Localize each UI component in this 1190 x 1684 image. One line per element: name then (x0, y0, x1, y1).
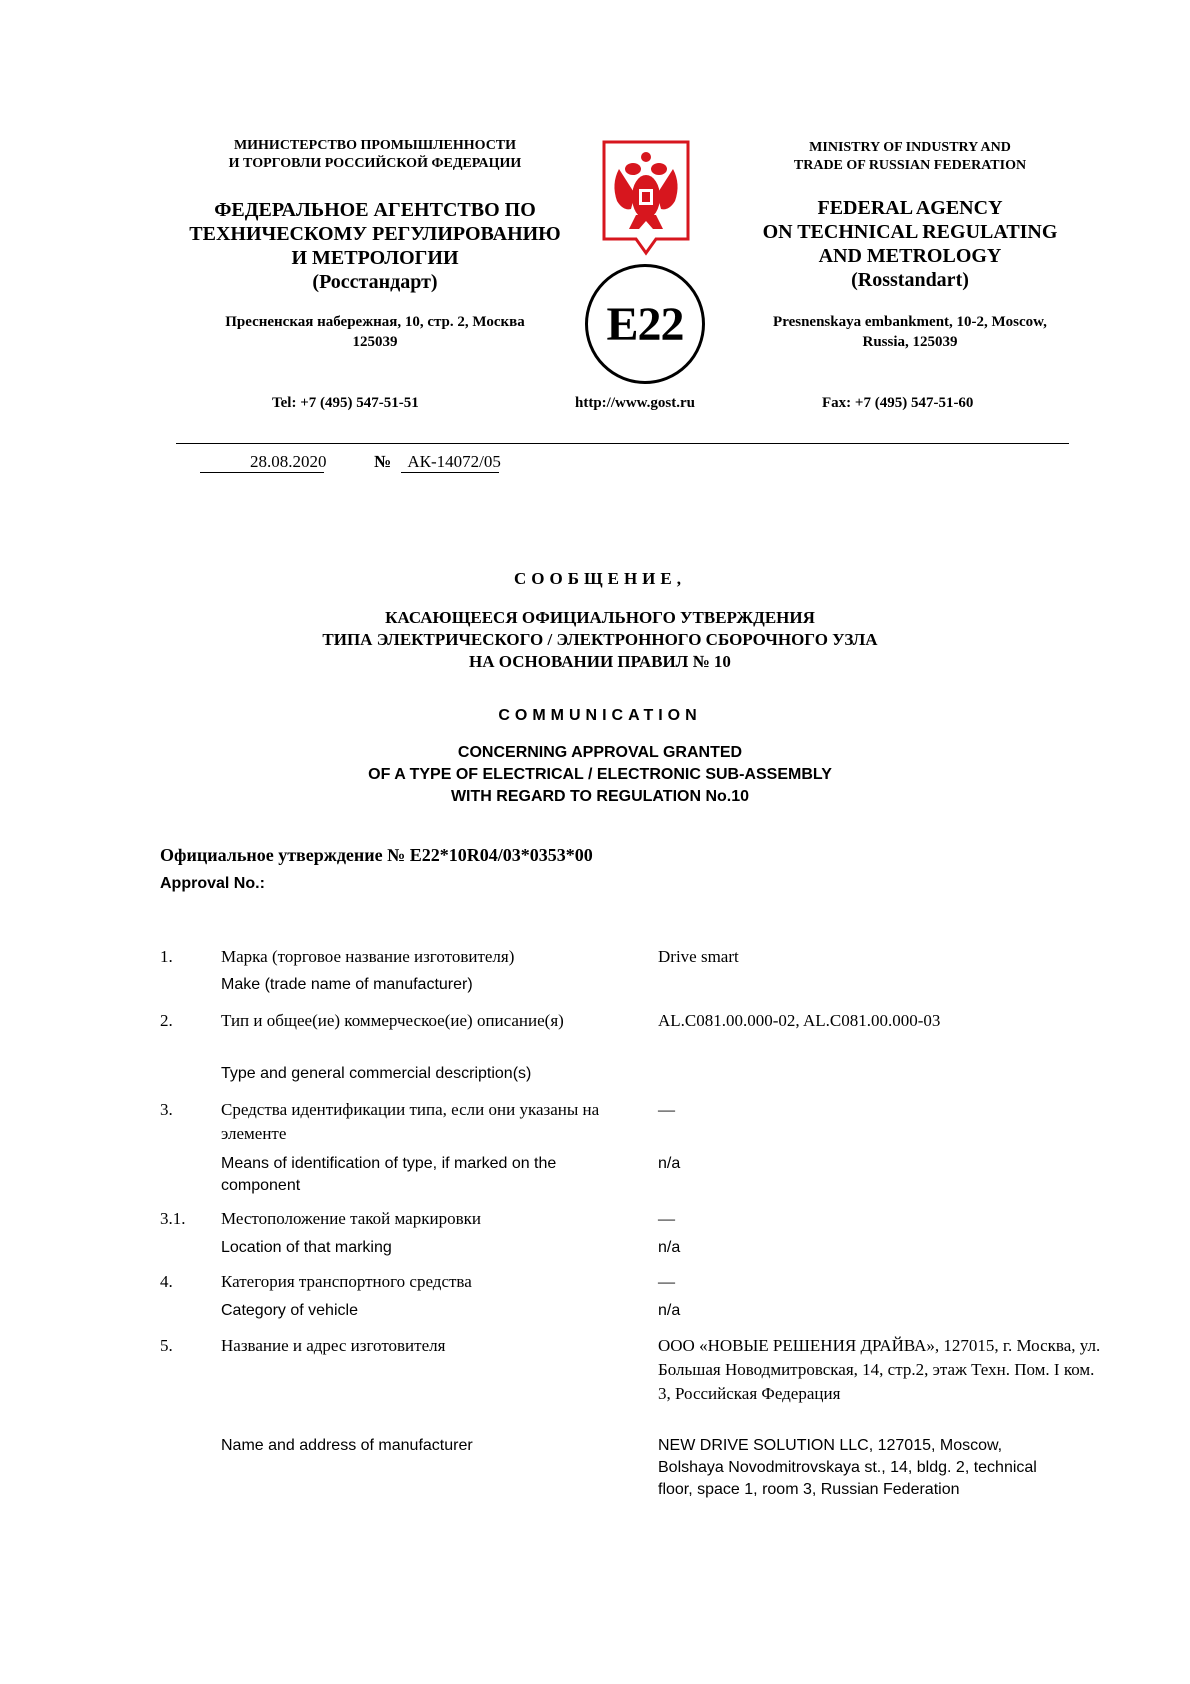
ministry-name-en: MINISTRY OF INDUSTRY AND TRADE OF RUSSIA… (720, 139, 1100, 175)
item-label-en: Name and address of manufacturer (221, 1435, 611, 1457)
item-number: 4. (160, 1270, 173, 1294)
item-value-en: NEW DRIVE SOLUTION LLC, 127015, Moscow, … (658, 1435, 1068, 1501)
item-label-ru: Категория транспортного средства (221, 1270, 611, 1294)
item-value-en: n/a (658, 1237, 1118, 1259)
e22-approval-mark: E22 (585, 264, 705, 384)
website-link[interactable]: http://www.gost.ru (575, 395, 695, 412)
item-value-ru: Drive smart (658, 945, 1118, 969)
agency-name-en: FEDERAL AGENCY ON TECHNICAL REGULATING A… (720, 196, 1100, 292)
item-number: 3. (160, 1098, 173, 1122)
address-ru: Пресненская набережная, 10, стр. 2, Моск… (160, 312, 590, 352)
item-label-en: Type and general commercial description(… (221, 1063, 611, 1085)
russian-coat-of-arms-icon (601, 139, 691, 256)
item-number: 5. (160, 1334, 173, 1358)
item-value-ru: — (658, 1098, 1118, 1122)
item-label-ru: Тип и общее(ие) коммерческое(ие) описани… (221, 1009, 591, 1033)
item-number: 2. (160, 1009, 173, 1033)
ministry-name-ru: МИНИСТЕРСТВО ПРОМЫШЛЕННОСТИ И ТОРГОВЛИ Р… (160, 137, 590, 173)
agency-name-ru: ФЕДЕРАЛЬНОЕ АГЕНТСТВО ПО ТЕХНИЧЕСКОМУ РЕ… (160, 198, 590, 294)
reference-number: № АК-14072/05 (374, 452, 499, 473)
header-divider (176, 443, 1069, 444)
item-label-en: Location of that marking (221, 1237, 611, 1259)
item-value-en: n/a (658, 1300, 1118, 1322)
approval-number-en: Approval No.: (160, 873, 265, 895)
item-value-ru: ООО «НОВЫЕ РЕШЕНИЯ ДРАЙВА», 127015, г. М… (658, 1334, 1103, 1406)
item-value-en: n/a (658, 1153, 1118, 1175)
telephone: Tel: +7 (495) 547-51-51 (272, 395, 419, 412)
item-value-ru: — (658, 1207, 1118, 1231)
item-label-ru: Местоположение такой маркировки (221, 1207, 611, 1231)
item-label-ru: Средства идентификации типа, если они ук… (221, 1098, 601, 1146)
approval-number-ru: Официальное утверждение № E22*10R04/03*0… (160, 843, 593, 867)
item-value-ru: AL.C081.00.000-02, AL.C081.00.000-03 (658, 1009, 1118, 1033)
item-label-ru: Название и адрес изготовителя (221, 1334, 611, 1358)
fax: Fax: +7 (495) 547-51-60 (822, 395, 973, 412)
title-subheading-ru: КАСАЮЩЕЕСЯ ОФИЦИАЛЬНОГО УТВЕРЖДЕНИЯ ТИПА… (150, 607, 1050, 673)
item-label-en: Category of vehicle (221, 1300, 611, 1322)
item-label-ru: Марка (торговое название изготовителя) (221, 945, 611, 969)
item-label-en: Make (trade name of manufacturer) (221, 974, 611, 996)
item-label-en: Means of identification of type, if mark… (221, 1153, 591, 1197)
item-value-ru: — (658, 1270, 1118, 1294)
title-subheading-en: CONCERNING APPROVAL GRANTED OF A TYPE OF… (150, 742, 1050, 808)
address-en: Presnenskaya embankment, 10-2, Moscow, R… (720, 312, 1100, 352)
reference-date: 28.08.2020 (200, 452, 324, 473)
title-heading-en: COMMUNICATION (150, 705, 1050, 727)
item-number: 3.1. (160, 1207, 186, 1231)
item-number: 1. (160, 945, 173, 969)
title-heading-ru: СООБЩЕНИЕ, (150, 568, 1050, 590)
